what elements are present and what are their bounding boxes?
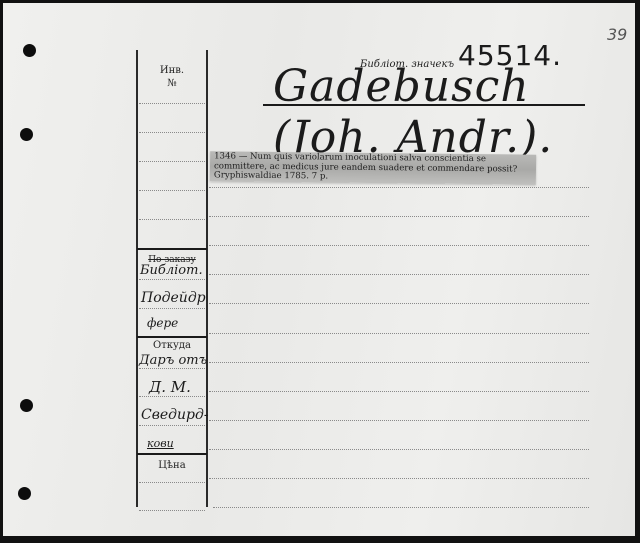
main-row-line xyxy=(209,391,589,392)
main-row-line xyxy=(209,245,589,246)
order-value: фере xyxy=(147,316,178,330)
main-row-line xyxy=(209,216,589,217)
main-row-line xyxy=(209,303,589,304)
inv-label: Инв. xyxy=(138,65,206,76)
left-row-line xyxy=(139,396,205,397)
punch-hole xyxy=(23,44,36,57)
left-column-border xyxy=(206,50,208,507)
punch-hole xyxy=(18,487,31,500)
left-row-line xyxy=(139,482,205,483)
author-underline xyxy=(263,104,585,106)
left-row-line xyxy=(139,279,205,280)
left-row-line xyxy=(139,132,205,133)
author-heading: Gadebusch (Joh. Andr.). xyxy=(273,61,635,163)
main-row-line xyxy=(213,507,589,508)
inv-no-label: № xyxy=(138,78,206,89)
source-value: Сведирд- xyxy=(141,407,209,423)
source-value: Д. М. xyxy=(149,378,191,396)
left-row-line xyxy=(139,103,205,104)
main-row-line xyxy=(209,333,589,334)
punch-hole xyxy=(20,399,33,412)
order-value: Подейдр xyxy=(141,290,206,306)
main-row-line xyxy=(209,449,589,450)
left-row-line xyxy=(139,368,205,369)
left-row-line xyxy=(139,161,205,162)
page-number: 39 xyxy=(607,25,627,44)
pasted-bibliographic-entry: 1346 — Num quis variolarum inoculationi … xyxy=(210,151,536,184)
main-row-line xyxy=(209,187,589,188)
entry-text: — Num quis variolarum inoculationi salva… xyxy=(214,152,517,182)
left-row-line xyxy=(139,510,205,511)
left-row-line xyxy=(139,219,205,220)
left-row-line xyxy=(139,190,205,191)
section-divider xyxy=(137,336,207,338)
section-divider xyxy=(137,453,207,455)
section-divider xyxy=(137,248,207,250)
main-row-line xyxy=(209,362,589,363)
punch-hole xyxy=(20,128,33,141)
main-row-line xyxy=(209,478,589,479)
source-value: кови xyxy=(147,437,174,450)
source-value: Даръ отъ xyxy=(139,353,207,368)
catalog-card: 39 Инв. № По заказу Библіот. Подейдр фер… xyxy=(3,3,635,536)
order-value: Библіот. xyxy=(140,263,203,278)
left-column-border xyxy=(136,50,138,507)
left-row-line xyxy=(139,425,205,426)
main-row-line xyxy=(209,420,589,421)
source-label: Откуда xyxy=(138,340,206,351)
price-label: Цѣна xyxy=(138,460,206,471)
main-row-line xyxy=(209,274,589,275)
left-row-line xyxy=(139,308,205,309)
